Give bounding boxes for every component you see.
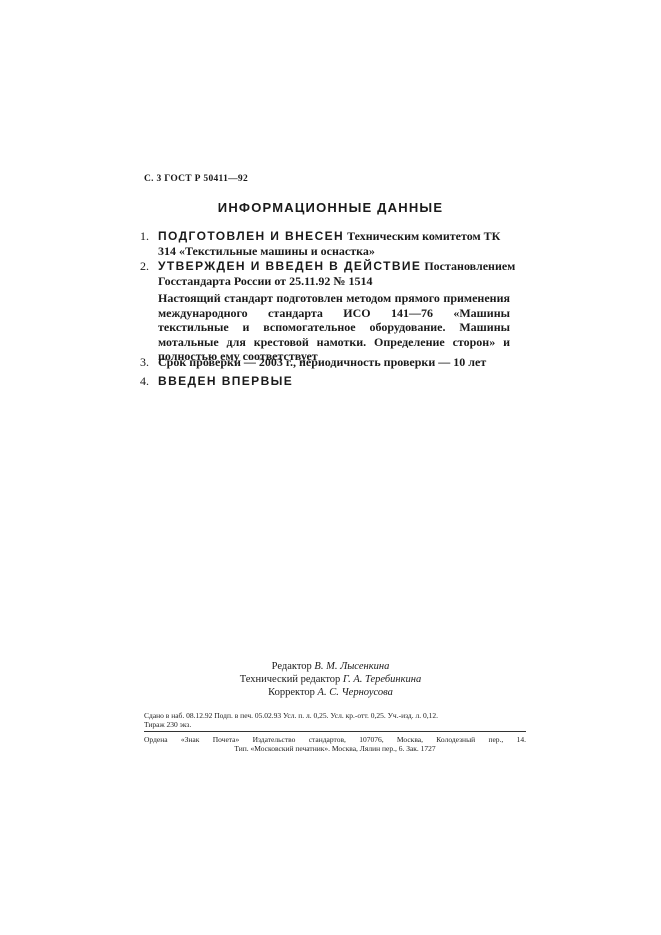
info-item-3: 3. Срок проверки — 2003 г., периодичност… <box>140 355 520 370</box>
item-caps: УТВЕРЖДЕН И ВВЕДЕН В ДЕЙСТВИЕ <box>158 259 421 273</box>
item-number: 4. <box>140 374 149 389</box>
imprint-line-2: Тираж 230 экз. <box>144 720 526 729</box>
standard-note-paragraph: Настоящий стандарт подготовлен методом п… <box>158 291 510 364</box>
publisher-line-1: Ордена «Знак Почета» Издательство станда… <box>144 735 526 744</box>
publisher-line-2: Тип. «Московский печатник». Москва, Ляли… <box>144 744 526 753</box>
credit-editor: Редактор В. М. Лысенкина <box>0 660 661 673</box>
credit-technical-editor: Технический редактор Г. А. Теребинкина <box>0 673 661 686</box>
info-item-4: 4. ВВЕДЕН ВПЕРВЫЕ <box>140 374 520 389</box>
print-imprint: Сдано в наб. 08.12.92 Подп. в печ. 05.02… <box>144 711 526 729</box>
credit-proofreader: Корректор А. С. Черноусова <box>0 686 661 699</box>
item-caps: ВВЕДЕН ВПЕРВЫЕ <box>158 374 293 388</box>
info-item-2: 2. УТВЕРЖДЕН И ВВЕДЕН В ДЕЙСТВИЕ Постано… <box>140 259 520 289</box>
editorial-credits: Редактор В. М. Лысенкина Технический ред… <box>0 660 661 699</box>
item-number: 1. <box>140 229 149 244</box>
item-number: 2. <box>140 259 149 274</box>
page-header: С. 3 ГОСТ Р 50411—92 <box>144 174 248 184</box>
publisher-imprint: Ордена «Знак Почета» Издательство станда… <box>144 735 526 753</box>
document-title: ИНФОРМАЦИОННЫЕ ДАННЫЕ <box>0 200 661 215</box>
item-caps: ПОДГОТОВЛЕН И ВНЕСЕН <box>158 229 344 243</box>
info-item-1: 1. ПОДГОТОВЛЕН И ВНЕСЕН Техническим коми… <box>140 229 520 259</box>
item-text: Срок проверки — 2003 г., периодичность п… <box>158 355 486 369</box>
divider-rule <box>144 731 526 732</box>
item-number: 3. <box>140 355 149 370</box>
imprint-line-1: Сдано в наб. 08.12.92 Подп. в печ. 05.02… <box>144 711 526 720</box>
